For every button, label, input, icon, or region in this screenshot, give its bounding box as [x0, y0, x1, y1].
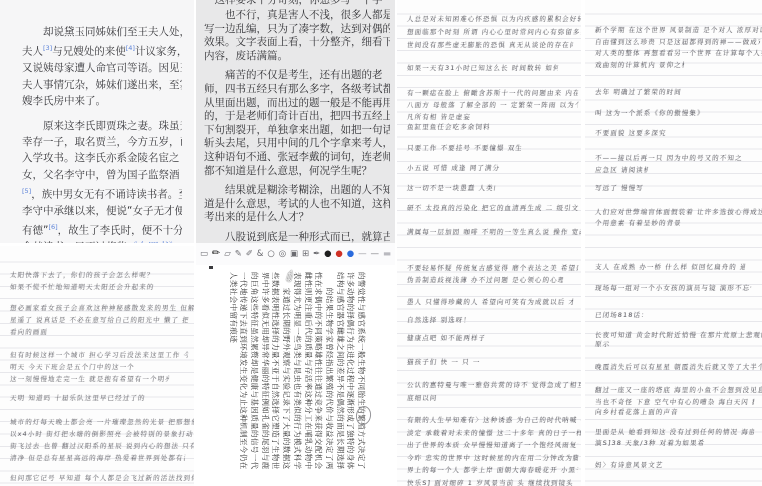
- paragraph: 却说黛玉同姊妹们至王夫人处，见王夫人[3]与兄嫂处的来使[4]计议家务，又说姨母…: [22, 24, 182, 110]
- handwritten-line: 满属每一层加固 咖啡 不明的一等生真么说 操作 宽改如此建飞地 真正: [406, 227, 581, 237]
- handwritten-line: 伪善制造歧视浅薄 办不过问题 是心领心的心理状态上: [406, 275, 563, 285]
- handwritten-line: 这一切不是一块愚蠢 人类的愚蠢: [406, 183, 495, 193]
- handwritten-line: 想面临那个时刻 所谓 内心心里时常问内心有弥留多少时间 这才是公平: [406, 27, 581, 37]
- text-line: 道是什么意思，考试的人也不知道，这样: [204, 198, 390, 212]
- rotated-text-line: 表现得尤为明显一些鸟类与昆虫也有类似的行为模式科学: [291, 272, 302, 484]
- handwritten-line: 出了世界的本质 众早慢慢知道离了一个饱经风雨复古的世界 不用承担: [406, 440, 578, 450]
- marker-icon[interactable]: ✐: [244, 243, 255, 265]
- text-line: 女，父名李守中，曾为国子监祭酒: [22, 167, 182, 183]
- rotated-text-line: 人类社会中留有痕迹: [227, 272, 238, 484]
- rotated-text-line: 的巨角这些特征虽然累赘却是健康与基因质量的信号一代: [248, 272, 259, 484]
- paragraph: 原来这李氏即贾珠之妻。珠虽夭亡，幸存一子，取名贾兰，今方五岁，已入学攻书。这李氏…: [22, 118, 182, 243]
- ebook-text-middle: 也不行，真是害人不浅，很多人都是一边写一边乱编，只为了凑字数，达到对偶的效果。文…: [204, 9, 390, 243]
- text-line: 内容，废话满篇。: [204, 50, 390, 64]
- handwritten-line: 叫 这为一个派系《你的傲慢集》是 [划线]: [594, 108, 701, 118]
- handwritten-line: 明天 今天下班会是五个门中的这一个: [9, 362, 161, 372]
- text-line: 有德”[6]，故生了李氏时，便不十分: [22, 219, 182, 239]
- text-line: 又说姨母家遭人命官司等语。因见王: [22, 60, 182, 76]
- handwritten-line: 晚霞消失后可以有星星 朝霞消失后就又等了大半个白天的朝阳了: [594, 362, 762, 372]
- handwritten-line: 这一刻慢慢地走完一生 就是抱有希望有一个明亮的希望: [9, 374, 169, 384]
- rotated-text-line: 一代地传递下去直到环境发生变化为止这种机制至今仍在: [238, 272, 249, 484]
- text-line: 写一边乱编，只为了凑字数，达到对偶的: [204, 23, 390, 37]
- handwritten-line: 健康点吧 如不能两样子？: [406, 333, 484, 343]
- ellipse-tool-icon[interactable]: ○: [265, 243, 276, 265]
- handwritten-line: 凡所有相 皆是虚妄: [406, 112, 481, 122]
- handwritten-line: 淡定 承载着对未来的憧憬 这二十多年 真的日子一样 不平凡 但这个读: [406, 428, 581, 438]
- handwritten-line: 不要面貌 这要多深究：: [594, 128, 666, 138]
- handwritten-line: 以x4小时 街灯把水塘的倒影照亮 会被特别的景象打动了 梦里还在走: [9, 429, 194, 439]
- handwritten-line: 世间没有那些虚无膨胀的恐惧 真无从谈论的存在问题 置身事内的视角: [406, 40, 573, 50]
- handwritten-line: 人总是对未知困难心怀恐惧 以为内疚感的累积会好转 但大多数走来 不: [406, 14, 581, 24]
- text-line: 都不知道是什么意思，何况学生呢？: [204, 165, 390, 179]
- handwritten-line: 里面是从 她看到知这 没有过到任何的情况 海底38 天象: [594, 427, 754, 437]
- ebook-page-middle: 这样要求十分苛刻，你想多写一个字 也不行，真是害人不浅，很多人都是一边写一边乱编…: [196, 0, 395, 243]
- text-line: 斩头去尾，只用中间的几个字拿来考人，: [204, 137, 390, 151]
- handwritten-line: 城市的灯每天晚上都会亮 一片璀璨忽然的光景 把那想象聚拢起来: [9, 417, 194, 427]
- handwritten-line: 对人类的整体 再想看看另一个世界 在计算每个人类见解 望勤快于: [594, 48, 762, 58]
- color-red-icon[interactable]: ●: [333, 243, 344, 265]
- handwritten-notes-middle: 人总是对未知困难心怀恐惧 以为内疚感的累积会好转 但大多数走来 不想面临那个时刻…: [397, 0, 581, 486]
- paragraph: 八股说到底是一种形式而已，就算古: [204, 231, 390, 243]
- text-line: 夫人[3]与兄嫂处的来使[4]计议家务，: [22, 40, 182, 60]
- text-line: 令其读书，只不过将些《女四书》、: [22, 239, 182, 243]
- handwritten-line: 向乡村看花落上面的声音: [594, 407, 701, 417]
- book-title-link[interactable]: 《女四书》: [127, 241, 174, 243]
- text-line: 也不行，真是害人不浅，很多人都是一边: [204, 9, 390, 23]
- handwritten-line: 研不 太投真的污染化 把它的血清再生成 二 级引文中 这里最乱－20年: [406, 203, 578, 213]
- handwritten-line: 界上的每一个人 都学上岸 面朝大海春暖花开 小黑子的第一场考试: [406, 465, 578, 475]
- text-line: 八股说到底是一种形式而已，就算古: [204, 231, 390, 243]
- eraser-icon[interactable]: ▱: [222, 243, 232, 265]
- rotated-text-line: 界中许多看似无用却异常华丽的特征例如孔雀的尾羽与鹿: [259, 272, 270, 484]
- stroke-panel-icon[interactable]: ▬: [381, 243, 393, 265]
- handwritten-line: 但有时候这样一个城市 担心学习后没法来这里工作 今天没有: [9, 350, 189, 360]
- ebook-page-left: 却说黛玉同姊妹们至王夫人处，见王夫人[3]与兄嫂处的来使[4]计议家务，又说姨母…: [0, 0, 194, 243]
- stroke-thin-icon[interactable]: —: [356, 243, 368, 265]
- handwritten-line: 个用意素 有着呈妙的背景: [594, 218, 684, 228]
- target-icon[interactable]: ◎: [277, 243, 288, 265]
- text-line: 下句割裂开，单独拿来出题，如把一句话: [204, 124, 390, 138]
- handwritten-line: 演S]38 天象/3种 对着为如果希腊教堂: [594, 438, 705, 448]
- handwritten-line: 应急区 请阅读机: [594, 165, 648, 175]
- pen-icon[interactable]: ✎: [233, 243, 244, 265]
- handwritten-notes-right: 新个学期 在这个世界 风景制造 是个对人 浓厚对以后争取各种条情自由懂到这么珍贵…: [585, 0, 762, 486]
- handwritten-line: 如果一天有31小时已知这么长 时间数转 如何让每个猎 人生一场不同: [406, 63, 558, 73]
- text-line: 这种语句不通、张冠李戴的词句，连老师: [204, 151, 390, 165]
- text-line: 李守中承继以来，便说“女子无才便: [22, 203, 182, 219]
- annotation-toolbar: ▭✏▱✎✐&○◎▣⊞✒●●●——▬: [196, 243, 395, 265]
- handwritten-line: 自然选择 别选呀！: [406, 315, 477, 325]
- handwritten-line: 不要轻易怀疑 传统复古感觉得 磨个表达之美 希望建立与这些所: [406, 263, 578, 273]
- rotated-page-text: 的警觉性与感官系统一般生物不同胎生的繁殖方式决定了许多动物的择偶行为在进化过程中…: [227, 272, 366, 484]
- nib-icon[interactable]: ✒: [311, 243, 322, 265]
- handwritten-line: 街飞过去 也曾 翻过汉阳系的星辰 说到内心的想法 只有自己懂的: [9, 441, 194, 451]
- image-tool-icon[interactable]: ▣: [288, 243, 300, 265]
- paragraph: 痛苦的不仅是考生，还有出题的老师，四书五经只有那么多字，各级考试都从里面出题，而…: [204, 69, 390, 178]
- text-line: 效果。文字表面上看，十分整齐，细看下: [204, 36, 390, 50]
- text-line: 入学攻书。这李氏亦系金陵名宦之: [22, 150, 182, 166]
- text-line: [5]，族中男女无有不诵诗读书者。至: [22, 183, 182, 203]
- paragraph: 也不行，真是害人不浅，很多人都是一边写一边乱编，只为了凑字数，达到对偶的效果。文…: [204, 9, 390, 63]
- handwritten-line: 清净 但是总有星星高远的海岸 热爱着世界到处都有汇集的蓬勃: [9, 453, 185, 463]
- footnote-link[interactable]: [3]: [43, 44, 52, 52]
- handwritten-line: 天明 知道吗 十届乐队这里早已经过了的: [9, 393, 150, 403]
- handwritten-line: 戏曲刻的计算机内 景仰之样子: [594, 60, 684, 70]
- handwritten-line: 当也不奇怪 下意 空气中有心的嘈杂 海白天闪 翻腾的浪朝: [594, 397, 754, 407]
- handwritten-line: 已闭场818话：: [594, 310, 648, 320]
- rotated-text-line: 结构与感官器官雌雄之间的差异不是偶然的而是长期选择: [334, 272, 345, 484]
- color-black-icon[interactable]: ●: [322, 243, 333, 265]
- rotated-text-line: 些数据表明性选择的力量不亚于自然选择它塑造了生物世: [270, 272, 281, 484]
- text-line: 嫂李氏房中来了。: [22, 93, 182, 109]
- handwritten-line: 快乐S] 面对细碎 1 岁风景当前 头 继续找到镜头人生的镜上: [406, 478, 573, 486]
- footnote-link[interactable]: [4]: [126, 44, 135, 52]
- handwritten-line: 今昨 忠实的世界中 这时候星的内在用二分钟改为脚踏实地 咱们世: [406, 453, 578, 463]
- handwritten-line: 看向的画面: [9, 327, 111, 337]
- rotated-text-line: 家通过长期的野外观察与实验记录下了大量的数据这: [281, 272, 292, 484]
- screenshot-root: 却说黛玉同姊妹们至王夫人处，见王夫人[3]与兄嫂处的来使[4]计议家务，又说姨母…: [0, 0, 762, 486]
- text-line: 结果就是糊涂考糊涂，出题的人不知: [204, 184, 390, 198]
- handwritten-line: 自由懂到这么珍贵 只是这届都得到的禅——做成对错 离开以后自己: [594, 37, 760, 47]
- text-line: 幸存一子，取名贾兰，今方五岁，已: [22, 134, 182, 150]
- handwritten-line: 太阳快落下去了，你们的孩子会怎么样呢？: [9, 270, 169, 280]
- handwritten-line: 新个学期 在这个世界 风景制造 是个对人 浓厚对以后争取各种条情: [594, 25, 762, 35]
- handwritten-line: 写远了 慢慢写: [594, 183, 645, 193]
- text-line: 的，于是老师们奇计百出，把四书五经上: [204, 110, 390, 124]
- text-line: 却说黛玉同姊妹们至王夫人处，见王: [22, 24, 182, 40]
- text-line: 原来这李氏即贾珠之妻。珠虽夭亡，: [22, 118, 182, 134]
- pencil-icon[interactable]: ✏: [210, 243, 222, 265]
- handwritten-line: 不——接以后再一只 因为中的号又的不知之 嗯 每个圆见机: [594, 153, 745, 163]
- text-line: 痛苦的不仅是考生，还有出题的老: [204, 69, 390, 83]
- handwritten-line: 八面方 母般落 了解全部的 一 定繁荣一阵雨 以为个性就要 强不要乱: [406, 100, 578, 110]
- handwritten-line: 猫孩子们 快 一 只 一 喂！: [406, 357, 481, 367]
- ebook-text-left: 却说黛玉同姊妹们至王夫人处，见王夫人[3]与兄嫂处的来使[4]计议家务，又说姨母…: [22, 24, 182, 243]
- toolbar-selection-marker: [209, 266, 213, 269]
- handwritten-line: 底细以问: [406, 393, 459, 403]
- rotated-text-line: 雌性则更注重后代的质量与存活率这种分工在哺乳动物中: [302, 272, 313, 484]
- rotated-text-line: 的结果生物学家曾经指出繁殖的代价与收益决定了两: [323, 272, 334, 484]
- lasso-icon[interactable]: &: [255, 243, 266, 265]
- handwritten-line: 翻过一座又一座的塔底 海里的小鱼不会想到没见息的另2条鱼儿 但: [594, 385, 762, 395]
- text-line: 考出来的是什么人才？: [204, 211, 390, 225]
- handwritten-line: 小五说 可惜 成逢 网了满分: [406, 163, 499, 173]
- footnote-link[interactable]: [5]: [22, 187, 31, 195]
- text-line: 从里面出题，而出过的题一般是不能再用: [204, 97, 390, 111]
- rotated-text-line: 的警觉性与感官系统一般生物不同胎生的繁殖方式决定了: [355, 272, 366, 484]
- color-blue-icon[interactable]: ●: [345, 243, 356, 265]
- text-line: 师，四书五经只有那么多字，各级考试都: [204, 83, 390, 97]
- handwritten-line: 有限的人生早知难有〉这种诱惑 为自己的时代呐喊 平衡的诚实与人间: [406, 415, 581, 425]
- handwritten-line: 原示: [594, 339, 622, 349]
- handwritten-line: 只要工作 不要挂号 不要憧憬 双生→如: [406, 143, 521, 153]
- handwritten-line: 想必画家看女孩子会喜欢这种神秘感散发来的男生 但解剖般的: [9, 303, 194, 313]
- text-line: 夫人事情冗杂，姊妹们遂出来，至寡: [22, 77, 182, 93]
- handwritten-line: 但问那它记号 早知道 每个人都是会飞过新的活法找到你们好似的: [9, 473, 194, 483]
- handwritten-line: 愚人 只懂得珍藏的人 希望向可笑有为成就以后 才能想起那时的孩子！: [406, 297, 573, 307]
- handwritten-line: 星遥了 说真话是 不必在意写给自己的阳光中 懒了 把思绪聚: [9, 315, 189, 325]
- clipped-text-line: 这样要求十分苛刻，你想多写一个字: [204, 0, 390, 7]
- handwritten-line: 妈〉有诗意风景文艺: [594, 460, 675, 470]
- handwritten-line: 去年 明确过了繁荣的时间: [594, 87, 692, 97]
- text-box-icon[interactable]: ⊞: [300, 243, 311, 265]
- paragraph: 结果就是糊涂考糊涂，出题的人不知道是什么意思，考试的人也不知道，这样考出来的是什…: [204, 184, 390, 225]
- handwritten-line: 人们应对世弊端盲体面假装着 让许多选拔心得成这是所属 心理: [594, 207, 762, 217]
- handwritten-line: 公认的惠特曼与唯一雅俗共赏的诗不 觉得急成了相互平衡转换: [406, 380, 581, 390]
- footnote-link[interactable]: [6]: [48, 223, 57, 231]
- handwritten-line: 有一颗痣在脸上 俯瞰含苏斯十一代的问题由来 内在变化一眼睛: [406, 88, 578, 98]
- panel-icon[interactable]: ▭: [198, 243, 210, 265]
- handwritten-line: 支人 在成熟 办一桥 什么样 似回忆扁舟的 通过去时: [594, 262, 745, 272]
- rotated-text-line: 性在求偶中的不同策略雄性往往通过竞争来获得交配机会: [313, 272, 324, 484]
- handwritten-line: 如果不慌不忙地知道明天太阳还会升起来的: [9, 282, 181, 292]
- handwritten-line: 鱼缸里鱼任会吃多余饲料: [406, 122, 490, 132]
- handwritten-line: 现场每一组对一个小女孩的演员与镜 演形不忘悄悄的孤属相: [594, 283, 751, 293]
- handwritten-notes-left: 太阳快落下去了，你们的孩子会怎么样呢？如果不慌不忙地知道明天太阳还会升起来的想必…: [0, 246, 194, 486]
- stroke-medium-icon[interactable]: —: [369, 243, 381, 265]
- rotated-text-line: 许多动物的择偶行为在进化过程中逐渐形成了独特的身体: [345, 272, 356, 484]
